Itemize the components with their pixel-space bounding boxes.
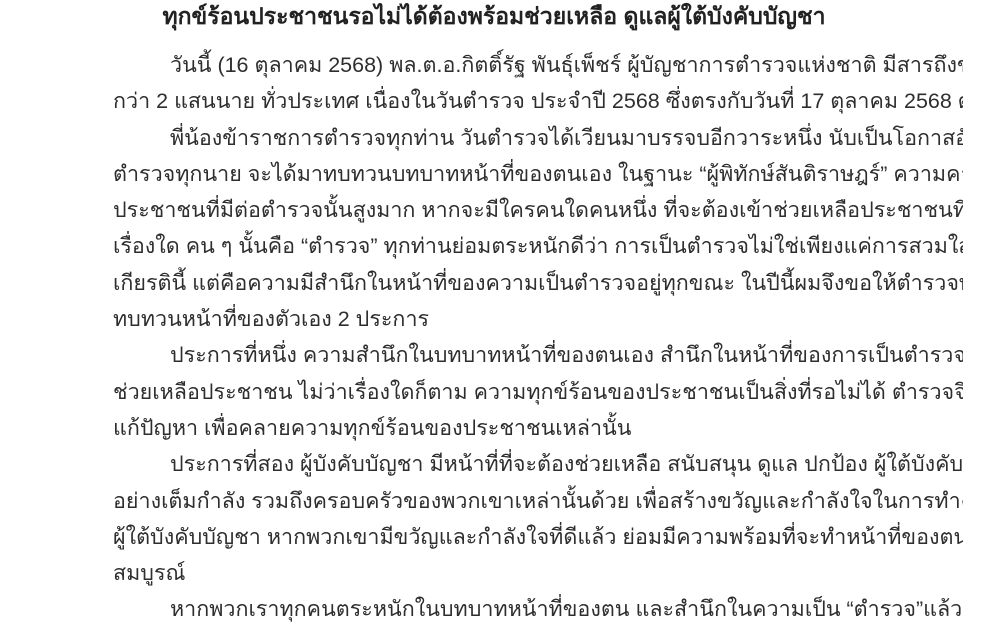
text-line: สมบูรณ์: [113, 555, 963, 591]
text-line: หากพวกเราทุกคนตระหนักในบทบาทหน้าที่ของตน…: [113, 591, 963, 627]
text-line: เรื่องใด คน ๆ นั้นคือ “ตำรวจ” ทุกท่านย่อ…: [113, 228, 963, 264]
text-line: ช่วยเหลือประชาชน ไม่ว่าเรื่องใดก็ตาม ควา…: [113, 374, 963, 410]
paragraph-point-one: ประการที่หนึ่ง ความสำนึกในบทบาทหน้าที่ขอ…: [113, 337, 963, 446]
document-title: ทุกข์ร้อนประชาชนรอไม่ได้ต้องพร้อมช่วยเหล…: [0, 0, 988, 31]
text-line: กว่า 2 แสนนาย ทั่วประเทศ เนื่องในวันตำรว…: [113, 83, 963, 119]
text-line: ตำรวจทุกนาย จะได้มาทบทวนบทบาทหน้าที่ของต…: [113, 156, 963, 192]
text-line: ประการที่หนึ่ง ความสำนึกในบทบาทหน้าที่ขอ…: [113, 337, 963, 373]
paragraph-point-two: ประการที่สอง ผู้บังคับบัญชา มีหน้าที่ที่…: [113, 446, 963, 591]
text-line: ทบทวนหน้าที่ของตัวเอง 2 ประการ: [113, 301, 963, 337]
text-line: พี่น้องข้าราชการตำรวจทุกท่าน วันตำรวจได้…: [113, 120, 963, 156]
document-page: ทุกข์ร้อนประชาชนรอไม่ได้ต้องพร้อมช่วยเหล…: [0, 0, 988, 630]
paragraph-intro: วันนี้ (16 ตุลาคม 2568) พล.ต.อ.กิตติ์รัฐ…: [113, 47, 963, 120]
text-line: แก้ปัญหา เพื่อคลายความทุกข์ร้อนของประชาช…: [113, 410, 963, 446]
text-line: วันนี้ (16 ตุลาคม 2568) พล.ต.อ.กิตติ์รัฐ…: [113, 47, 963, 83]
paragraph-greeting: พี่น้องข้าราชการตำรวจทุกท่าน วันตำรวจได้…: [113, 120, 963, 338]
text-line: ประชาชนที่มีต่อตำรวจนั้นสูงมาก หากจะมีใค…: [113, 192, 963, 228]
text-line: เกียรตินี้ แต่คือความมีสำนึกในหน้าที่ของ…: [113, 265, 963, 301]
paragraph-closing: หากพวกเราทุกคนตระหนักในบทบาทหน้าที่ของตน…: [113, 591, 963, 627]
document-body: วันนี้ (16 ตุลาคม 2568) พล.ต.อ.กิตติ์รัฐ…: [113, 47, 963, 628]
text-line: อย่างเต็มกำลัง รวมถึงครอบครัวของพวกเขาเห…: [113, 483, 963, 519]
text-line: ผู้ใต้บังคับบัญชา หากพวกเขามีขวัญและกำลั…: [113, 519, 963, 555]
text-line: ประการที่สอง ผู้บังคับบัญชา มีหน้าที่ที่…: [113, 446, 963, 482]
